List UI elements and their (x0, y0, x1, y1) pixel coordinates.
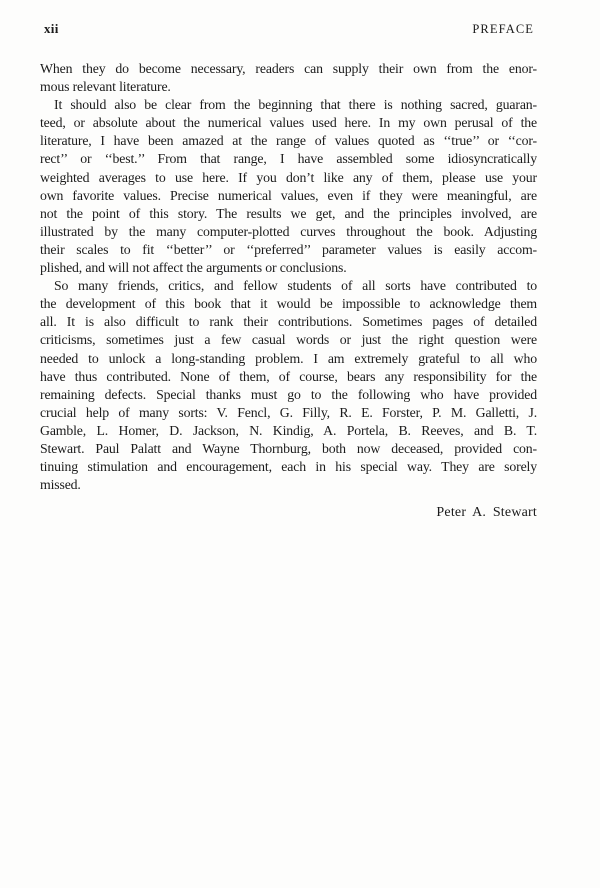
body-line: crucial help of many sorts: V. Fencl, G.… (40, 404, 537, 422)
body-line: Gamble, L. Homer, D. Jackson, N. Kindig,… (40, 422, 537, 440)
body-line: plished, and will not affect the argumen… (40, 259, 537, 277)
body-line: Stewart. Paul Palatt and Wayne Thornburg… (40, 440, 537, 458)
body-line: tinuing stimulation and encouragement, e… (40, 458, 537, 476)
book-page: xii PREFACE When they do become necessar… (0, 0, 600, 888)
body-line: own favorite values. Precise numerical v… (40, 187, 537, 205)
body-line: their scales to fit ‘‘better’’ or ‘‘pref… (40, 241, 537, 259)
body-line: have thus contributed. None of them, of … (40, 368, 537, 386)
body-line: It should also be clear from the beginni… (40, 96, 537, 114)
body-line: mous relevant literature. (40, 78, 537, 96)
body-line: remaining defects. Special thanks must g… (40, 386, 537, 404)
body-line: all. It is also difficult to rank their … (40, 313, 537, 331)
body-line: the development of this book that it wou… (40, 295, 537, 313)
body-text: When they do become necessary, readers c… (40, 60, 537, 494)
body-line: criticisms, sometimes just a few casual … (40, 331, 537, 349)
paragraph: When they do become necessary, readers c… (40, 60, 537, 96)
paragraph: So many friends, critics, and fellow stu… (40, 277, 537, 494)
body-line: So many friends, critics, and fellow stu… (40, 277, 537, 295)
body-line: rect’’ or ‘‘best.’’ From that range, I h… (40, 150, 537, 168)
body-line: When they do become necessary, readers c… (40, 60, 537, 78)
body-line: weighted averages to use here. If you do… (40, 169, 537, 187)
signature: Peter A. Stewart (40, 505, 537, 521)
body-line: teed, or absolute about the numerical va… (40, 114, 537, 132)
paragraph: It should also be clear from the beginni… (40, 96, 537, 277)
page-number: xii (44, 21, 59, 37)
body-line: missed. (40, 476, 537, 494)
body-line: needed to unlock a long-standing problem… (40, 350, 537, 368)
body-line: not the point of this story. The results… (40, 205, 537, 223)
page-header: xii PREFACE (44, 21, 534, 37)
body-line: literature, I have been amazed at the ra… (40, 132, 537, 150)
running-header: PREFACE (472, 22, 534, 37)
body-line: illustrated by the many computer-plotted… (40, 223, 537, 241)
